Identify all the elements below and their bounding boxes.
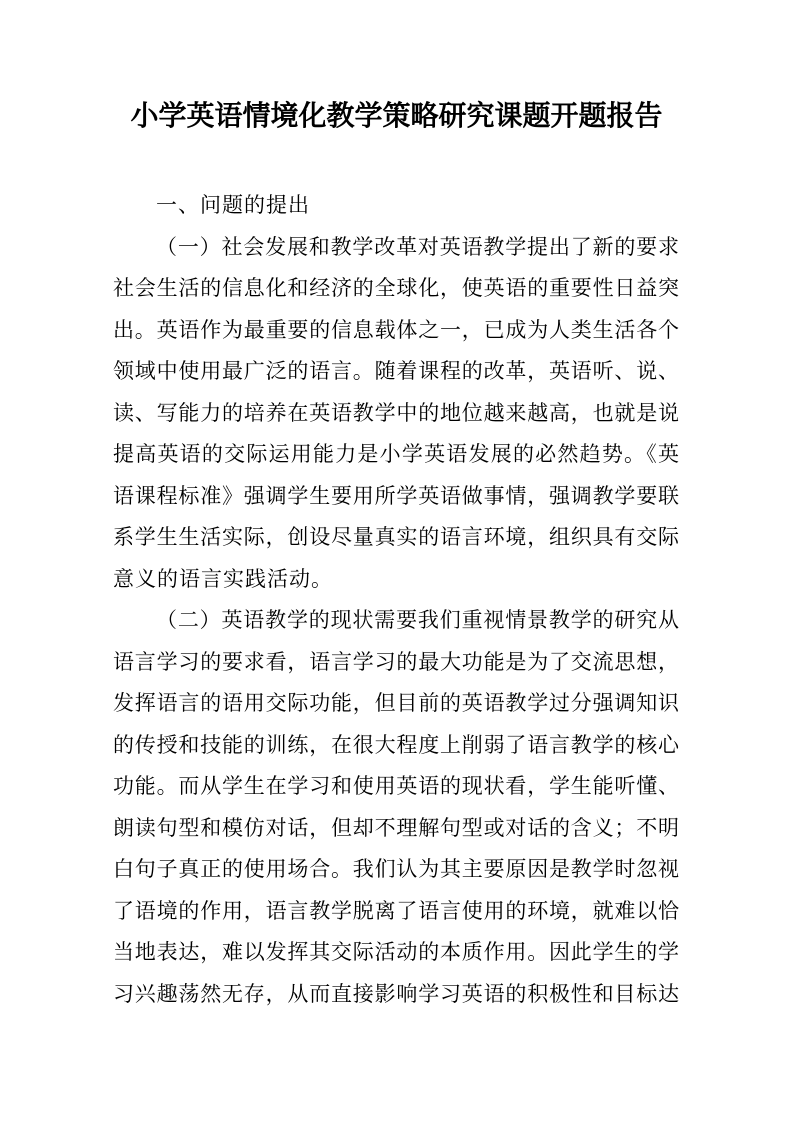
text-line: 当地表达，难以发挥其交际活动的本质作用。因此学生的学 bbox=[113, 932, 679, 974]
section-heading-1: 一、问题的提出 bbox=[113, 185, 679, 227]
document-title: 小学英语情境化教学策略研究课题开题报告 bbox=[0, 0, 793, 137]
text-line: 意义的语言实践活动。 bbox=[113, 559, 679, 601]
text-line: 出。英语作为最重要的信息载体之一，已成为人类生活各个 bbox=[113, 310, 679, 352]
text-line: 提高英语的交际运用能力是小学英语发展的必然趋势。《英 bbox=[113, 434, 679, 476]
text-line: 习兴趣荡然无存，从而直接影响学习英语的积极性和目标达 bbox=[113, 974, 679, 1016]
text-line: 语课程标准》强调学生要用所学英语做事情，强调教学要联 bbox=[113, 476, 679, 518]
text-line: 的传授和技能的训练，在很大程度上削弱了语言教学的核心 bbox=[113, 725, 679, 767]
text-line: 领域中使用最广泛的语言。随着课程的改革，英语听、说、 bbox=[113, 351, 679, 393]
text-line: 一、问题的提出 bbox=[113, 185, 679, 227]
text-line: 系学生生活实际，创设尽量真实的语言环境，组织具有交际 bbox=[113, 517, 679, 559]
paragraph-problem-2: （二）英语教学的现状需要我们重视情景教学的研究从语言学习的要求看，语言学习的最大… bbox=[113, 600, 679, 1015]
text-line: 朗读句型和模仿对话，但却不理解句型或对话的含义；不明 bbox=[113, 808, 679, 850]
text-line: （二）英语教学的现状需要我们重视情景教学的研究从 bbox=[113, 600, 679, 642]
text-line: 社会生活的信息化和经济的全球化，使英语的重要性日益突 bbox=[113, 268, 679, 310]
text-line: （一）社会发展和教学改革对英语教学提出了新的要求 bbox=[113, 227, 679, 269]
text-line: 了语境的作用，语言教学脱离了语言使用的环境，就难以恰 bbox=[113, 891, 679, 933]
paragraph-problem-1: （一）社会发展和教学改革对英语教学提出了新的要求社会生活的信息化和经济的全球化，… bbox=[113, 227, 679, 601]
text-line: 发挥语言的语用交际功能，但目前的英语教学过分强调知识 bbox=[113, 683, 679, 725]
text-line: 读、写能力的培养在英语教学中的地位越来越高，也就是说 bbox=[113, 393, 679, 435]
document-page: 小学英语情境化教学策略研究课题开题报告 一、问题的提出（一）社会发展和教学改革对… bbox=[0, 0, 793, 1122]
text-line: 功能。而从学生在学习和使用英语的现状看，学生能听懂、 bbox=[113, 766, 679, 808]
text-line: 语言学习的要求看，语言学习的最大功能是为了交流思想， bbox=[113, 642, 679, 684]
document-body: 一、问题的提出（一）社会发展和教学改革对英语教学提出了新的要求社会生活的信息化和… bbox=[113, 185, 679, 1015]
text-line: 白句子真正的使用场合。我们认为其主要原因是教学时忽视 bbox=[113, 849, 679, 891]
